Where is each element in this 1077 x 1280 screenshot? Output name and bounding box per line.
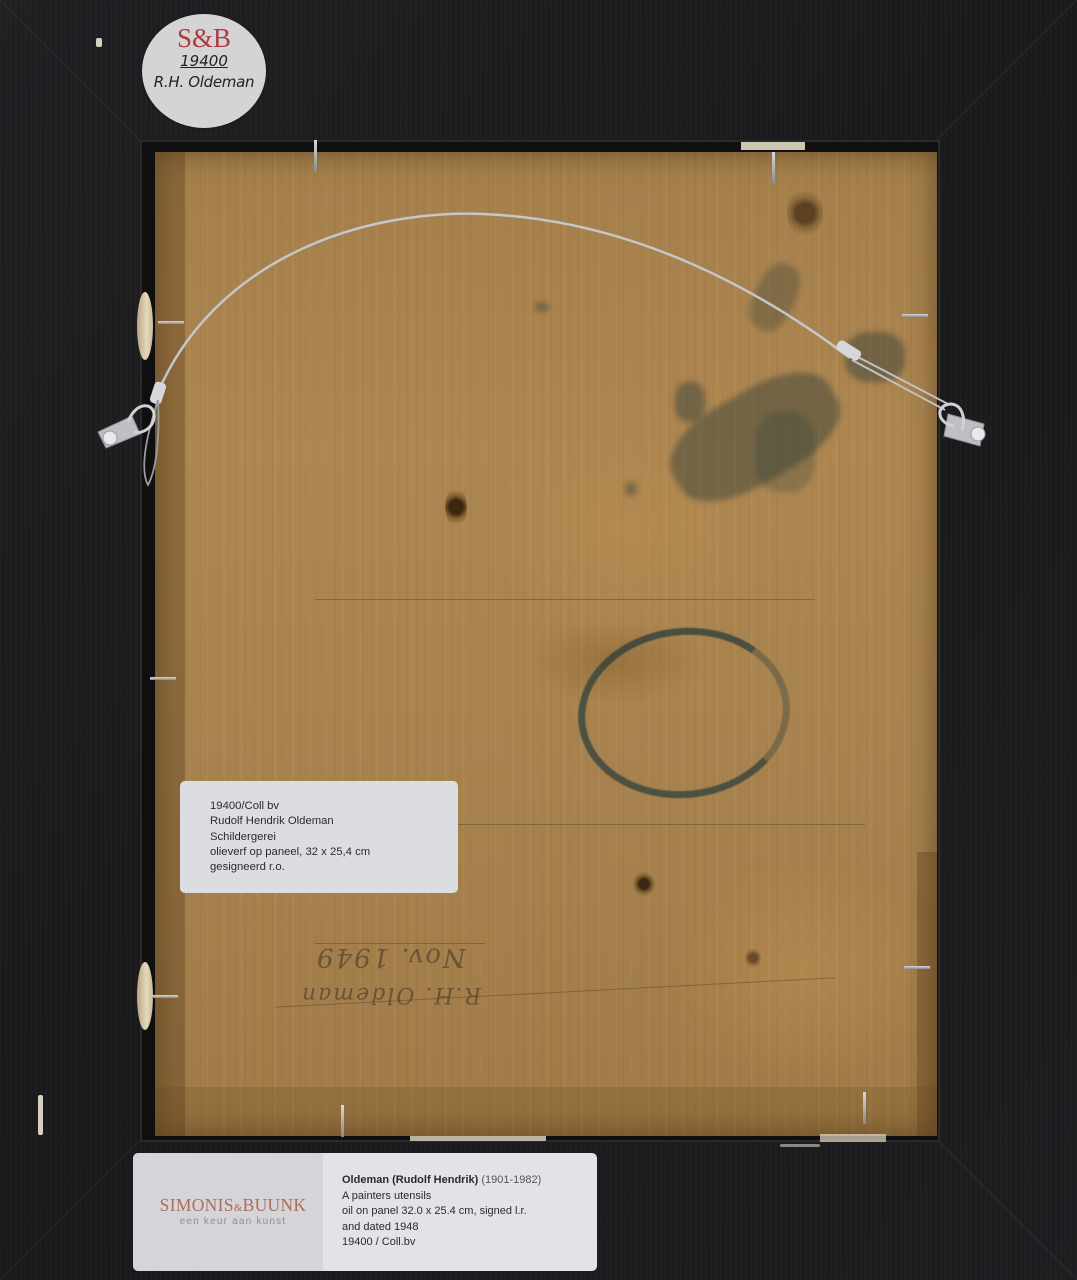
gallery-brand-logo: SIMONIS&BUUNK een keur aan kunst	[153, 1195, 313, 1227]
label-line-artist: Rudolf Hendrik Oldeman	[210, 814, 458, 829]
label-line-signature: gesigneerd r.o.	[210, 860, 458, 875]
label-line-title: Schildergerei	[210, 830, 458, 845]
artwork-inventory: 19400 / Coll.bv	[342, 1235, 541, 1251]
sticker-inventory-number: 19400	[142, 52, 266, 70]
artwork-medium-line2: and dated 1948	[342, 1220, 541, 1236]
panel-info-label: 19400/Coll bv Rudolf Hendrik Oldeman Sch…	[180, 781, 458, 893]
artwork-title: A painters utensils	[342, 1189, 541, 1205]
brand-ampersand: &	[234, 1202, 243, 1214]
label-line-medium: olieverf op paneel, 32 x 25,4 cm	[210, 845, 458, 860]
sticker-logo: S&B	[142, 24, 266, 52]
artwork-info: Oldeman (Rudolf Hendrik) (1901-1982) A p…	[342, 1173, 541, 1251]
inventory-sticker: S&B 19400 R.H. Oldeman	[142, 14, 266, 128]
hanging-wire	[0, 0, 1077, 1280]
d-ring-hanger-right	[928, 396, 998, 454]
brand-tagline: een keur aan kunst	[153, 1216, 313, 1227]
artwork-medium-line1: oil on panel 32.0 x 25.4 cm, signed l.r.	[342, 1204, 541, 1220]
artist-line: Oldeman (Rudolf Hendrik) (1901-1982)	[342, 1173, 541, 1189]
brand-wordmark: SIMONIS&BUUNK	[153, 1195, 313, 1216]
artist-dates: (1901-1982)	[481, 1174, 541, 1186]
artist-name: Oldeman (Rudolf Hendrik)	[342, 1174, 478, 1186]
gallery-plaque: SIMONIS&BUUNK een keur aan kunst Oldeman…	[133, 1153, 597, 1271]
label-line-inventory: 19400/Coll bv	[210, 799, 458, 814]
sticker-artist-name: R.H. Oldeman	[142, 70, 266, 94]
brand-right: BUUNK	[243, 1195, 307, 1215]
brand-left: SIMONIS	[160, 1195, 234, 1215]
d-ring-hanger-left	[92, 396, 162, 454]
